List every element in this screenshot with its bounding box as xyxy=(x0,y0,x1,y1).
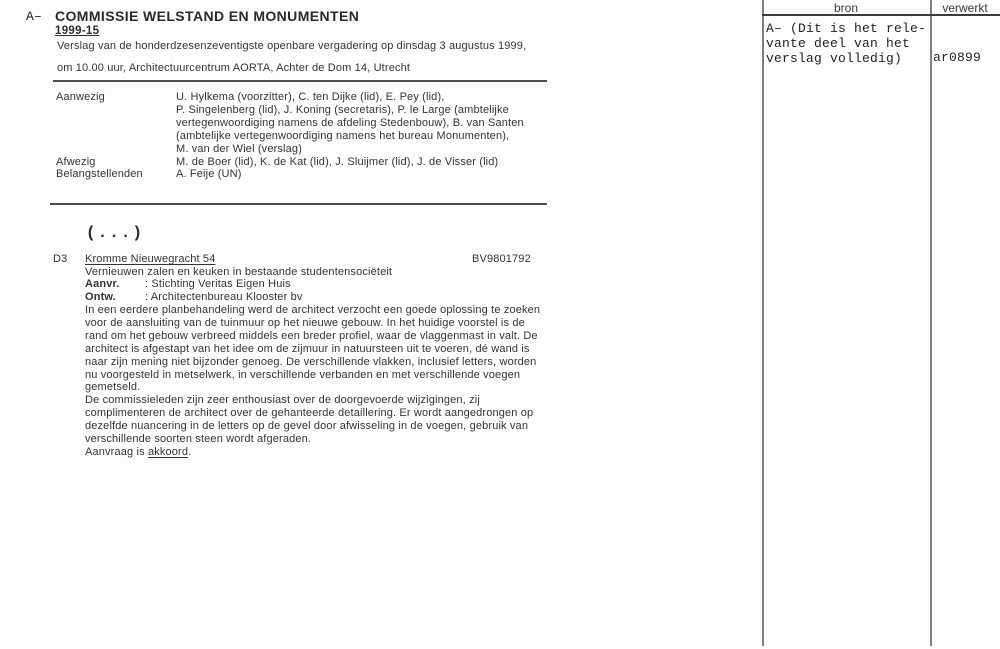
attendance-line: (ambtelijke vertegenwoordiging namens he… xyxy=(176,130,524,143)
attendance-line: P. Singelenberg (lid), J. Koning (secret… xyxy=(176,104,524,117)
body-line: architect is afgestapt van het idee om d… xyxy=(85,343,555,356)
sidebar-column-header-bron: bron xyxy=(762,1,930,15)
attendance-block: Aanwezig U. Hylkema (voorzitter), C. ten… xyxy=(56,91,556,181)
page-title: COMMISSIE WELSTAND EN MONUMENTEN xyxy=(55,8,359,24)
body-line: dezelfde nuancering in de letters op de … xyxy=(85,420,555,433)
body-line: De commissieleden zijn zeer enthousiast … xyxy=(85,394,555,407)
margin-mark: A– xyxy=(26,9,42,24)
applicant-label: Aanvr. xyxy=(85,278,145,291)
designer-row: Ontw. : Architectenbureau Klooster bv xyxy=(85,291,303,304)
body-line: nu voorgesteld in metselwerk, in verschi… xyxy=(85,369,555,382)
attendance-label: Aanwezig xyxy=(56,91,176,104)
attendance-names: M. de Boer (lid), K. de Kat (lid), J. Sl… xyxy=(176,156,498,169)
sidebar-note-line: vante deel van het xyxy=(766,36,926,51)
meeting-number: 1999-15 xyxy=(55,25,99,37)
item-code: D3 xyxy=(53,253,67,266)
sidebar-note-line: A– (Dit is het rele- xyxy=(766,21,926,36)
attendance-row-afwezig: Afwezig M. de Boer (lid), K. de Kat (lid… xyxy=(56,156,556,169)
attendance-names: A. Feije (UN) xyxy=(176,168,242,181)
sidebar-note: A– (Dit is het rele- vante deel van het … xyxy=(766,21,926,66)
attendance-row-aanwezig: Aanwezig U. Hylkema (voorzitter), C. ten… xyxy=(56,91,556,156)
attendance-label: Belangstellenden xyxy=(56,168,176,181)
attendance-label: Afwezig xyxy=(56,156,176,169)
sidebar-column-rule xyxy=(930,0,932,646)
attendance-row-belangstellenden: Belangstellenden A. Feije (UN) xyxy=(56,168,556,181)
omission-mark: (...) xyxy=(86,224,144,242)
designer-value: : Architectenbureau Klooster bv xyxy=(145,291,303,304)
meeting-intro-line-1: Verslag van de honderdzesenzeventigste o… xyxy=(57,40,526,53)
body-line: In een eerdere planbehandeling werd de a… xyxy=(85,304,555,317)
processed-code: ar0899 xyxy=(933,50,981,65)
attendance-line: M. van der Wiel (verslag) xyxy=(176,143,524,156)
attendance-names: U. Hylkema (voorzitter), C. ten Dijke (l… xyxy=(176,91,524,156)
scanned-document-page: A– COMMISSIE WELSTAND EN MONUMENTEN 1999… xyxy=(0,0,1000,649)
applicant-row: Aanvr. : Stichting Veritas Eigen Huis xyxy=(85,278,291,291)
item-subtitle: Vernieuwen zalen en keuken in bestaande … xyxy=(85,266,392,279)
applicant-value: : Stichting Veritas Eigen Huis xyxy=(145,278,291,291)
conclusion-verdict: akkoord xyxy=(148,446,188,458)
body-line: rand om het gebouw verbreed middels een … xyxy=(85,330,555,343)
item-body: In een eerdere planbehandeling werd de a… xyxy=(85,304,555,459)
body-line: verschillende soorten steen wordt afgera… xyxy=(85,433,555,446)
header-divider xyxy=(53,80,547,82)
designer-label: Ontw. xyxy=(85,291,145,304)
sidebar-left-rule xyxy=(762,0,764,646)
meeting-intro-line-2: om 10.00 uur, Architectuurcentrum AORTA,… xyxy=(57,62,410,75)
body-line: complimenteren de architect over de geha… xyxy=(85,407,555,420)
conclusion-prefix: Aanvraag is xyxy=(85,446,148,458)
body-line: voor de aansluiting van de tuinmuur op h… xyxy=(85,317,555,330)
sidebar-column-header-verwerkt: verwerkt xyxy=(930,1,1000,15)
body-line: gemetseld. xyxy=(85,381,555,394)
conclusion-period: . xyxy=(188,446,191,458)
attendance-line: U. Hylkema (voorzitter), C. ten Dijke (l… xyxy=(176,91,524,104)
body-line: naar zijn mening niet bijzonder genoeg. … xyxy=(85,356,555,369)
conclusion-line: Aanvraag is akkoord. xyxy=(85,446,555,459)
section-divider xyxy=(50,203,547,205)
item-reference-number: BV9801792 xyxy=(472,253,531,266)
attendance-line: vertegenwoordiging namens de afdeling St… xyxy=(176,117,524,130)
item-address: Kromme Nieuwegracht 54 xyxy=(85,253,215,266)
sidebar-note-line: verslag volledig) xyxy=(766,51,926,66)
